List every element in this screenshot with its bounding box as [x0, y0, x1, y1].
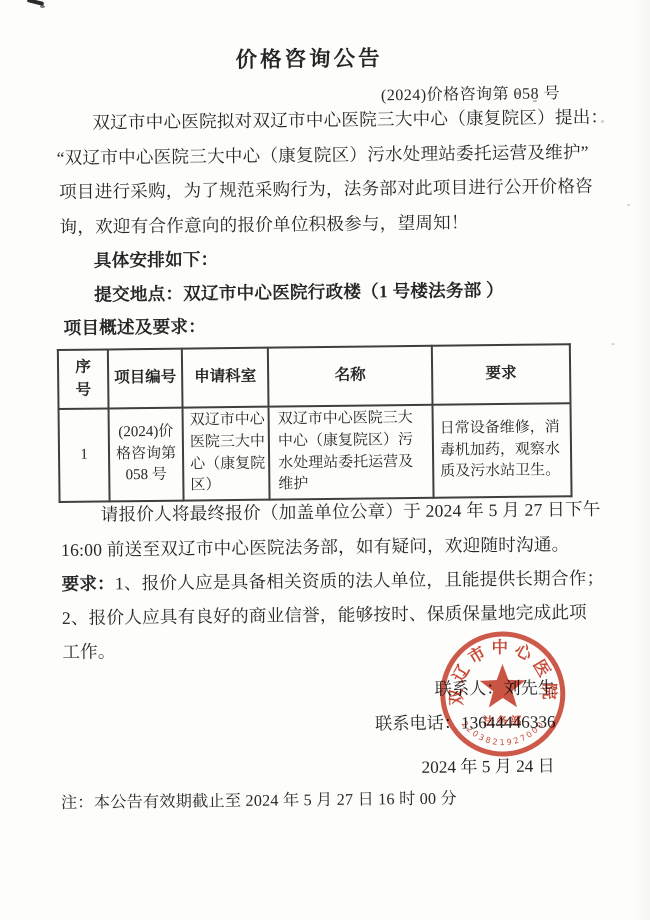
requirements-line: 要求：1、报价人应是具备相关资质的法人单位，且能提供长期合作；	[61, 565, 604, 596]
doc-number: (2024)价格咨询第 058 号	[381, 80, 560, 105]
cell-dept: 双辽市中心医院三大中心（康复院区）	[183, 407, 270, 501]
arrangement-heading: 具体安排如下：	[94, 246, 219, 272]
intro-line: 项目进行采购，为了规范采购行为，法务部对此项目进行公开价格咨	[59, 173, 593, 204]
requirements-label: 要求：	[61, 573, 115, 594]
col-header-requirement: 要求	[432, 344, 571, 405]
col-header-seq: 序号	[58, 349, 109, 409]
contact-phone: 联系电话：13644446336	[375, 707, 556, 734]
requirement-item-2: 2、报价人应具有良好的商业信誉，能够按时、保质保量地完成此项	[62, 599, 587, 630]
page-title: 价格咨询公告	[0, 39, 623, 77]
issue-date: 2024 年 5 月 24 日	[421, 751, 554, 778]
col-header-dept: 申请科室	[182, 348, 269, 408]
scanned-document-page: 价格咨询公告 (2024)价格咨询第 058 号 双辽市中心医院拟对双辽市中心医…	[0, 0, 650, 920]
cell-project-no: (2024)价格咨询第 058 号	[109, 408, 184, 502]
validity-footnote: 注：本公告有效期截止至 2024 年 5 月 27 日 16 时 00 分	[61, 785, 457, 813]
table-row: 1 (2024)价格咨询第 058 号 双辽市中心医院三大中心（康复院区） 双辽…	[59, 403, 572, 502]
project-table: 序号 项目编号 申请科室 名称 要求 1 (2024)价格咨询第 058 号 双…	[57, 343, 573, 503]
col-header-name: 名称	[268, 346, 433, 407]
requirement-item-1: 1、报价人应是具备相关资质的法人单位，且能提供长期合作；	[115, 568, 605, 594]
cell-requirement: 日常设备维修，消毒机加药，观察水质及污水站卫生。	[432, 403, 571, 498]
intro-line: 询，欢迎有合作意向的报价单位积极参与，望周知！	[59, 209, 469, 239]
overview-heading: 项目概述及要求：	[63, 313, 206, 340]
intro-line: “双辽市中心医院三大中心（康复院区）污水处理站委托运营及维护”	[57, 139, 589, 170]
submit-location: 提交地点：双辽市中心医院行政楼（1 号楼法务部 ）	[94, 277, 504, 307]
intro-line: 双辽市中心医院拟对双辽市中心医院三大中心（康复院区）提出：	[58, 104, 608, 135]
cell-name: 双辽市中心医院三大中心（康复院区）污水处理站委托运营及维护	[269, 405, 434, 500]
deadline-line: 16:00 前送至双辽市中心医院法务部，如有疑问，欢迎随时沟通。	[61, 531, 570, 562]
col-header-project-no: 项目编号	[108, 349, 183, 409]
cell-seq: 1	[59, 408, 110, 502]
contact-person: 联系人：刘先生	[435, 673, 556, 699]
announcement-document: 价格咨询公告 (2024)价格咨询第 058 号 双辽市中心医院拟对双辽市中心医…	[0, 0, 650, 920]
requirement-item-2-cont: 工作。	[62, 638, 116, 664]
table-header-row: 序号 项目编号 申请科室 名称 要求	[58, 344, 571, 409]
deadline-line: 请报价人将最终报价（加盖单位公章）于 2024 年 5 月 27 日下午	[63, 496, 601, 527]
